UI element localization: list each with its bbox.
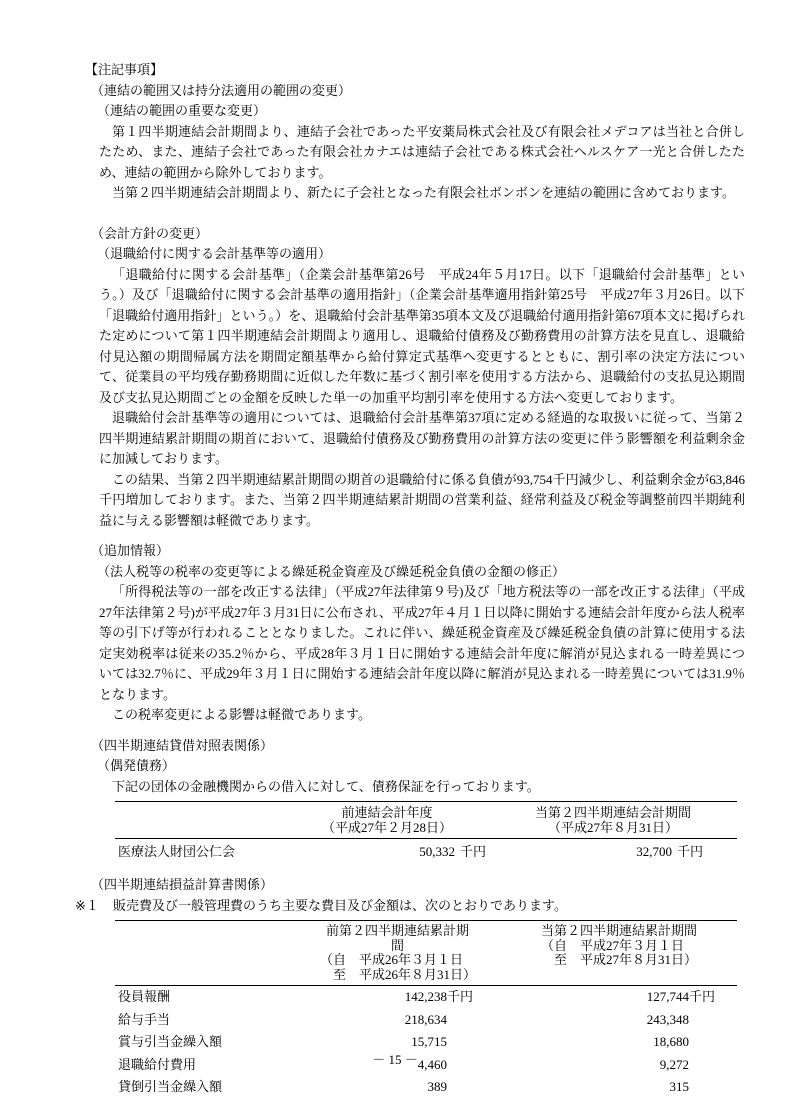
amount-value: 315 xyxy=(670,1079,690,1094)
column-header-line: （平成27年８月31日） xyxy=(521,820,705,835)
expense-amount-current: 315 xyxy=(520,1076,737,1099)
column-header-line: （平成27年２月28日） xyxy=(286,820,488,835)
table-row: 貸倒引当金繰入額 389 315 xyxy=(115,1076,737,1099)
column-header-date-range: （自 平成26年３月１日 至 平成26年８月31日） xyxy=(320,953,475,982)
note-reference-mark: ※１ xyxy=(75,896,113,917)
table-row: 給与手当 218,634 243,348 xyxy=(115,1009,737,1032)
policy-change-paragraph-2: 退職給付会計基準等の適用については、退職給付会計基準第37項に定める経過的な取扱… xyxy=(99,408,745,470)
scope-change-subheading: （連結の範囲の重要な変更） xyxy=(97,101,745,122)
amount-value: 142,238 xyxy=(405,989,447,1004)
page-number: － 15 － xyxy=(0,1050,790,1071)
policy-change-heading: （会計方針の変更） xyxy=(91,224,745,245)
contingent-liabilities-table: 前連結会計年度 （平成27年２月28日） 当第２四半期連結会計期間 （平成27年… xyxy=(115,801,737,865)
income-statement-heading: （四半期連結損益計算書関係） xyxy=(91,875,745,896)
amount-value: 389 xyxy=(428,1079,448,1094)
column-header-line: 当第２四半期連結累計期間 xyxy=(521,924,717,939)
expense-amount-previous: 218,634 xyxy=(319,1009,520,1032)
table-header-row: 前連結会計年度 （平成27年２月28日） 当第２四半期連結会計期間 （平成27年… xyxy=(115,802,737,839)
additional-info-subheading: （法人税等の税率の変更等による繰延税金資産及び繰延税金負債の金額の修正） xyxy=(97,562,745,583)
table-corner-cell xyxy=(115,802,285,839)
column-header-line: 前連結会計年度 xyxy=(286,805,488,820)
amount-value: 243,348 xyxy=(647,1012,689,1027)
sga-note-text: 販売費及び一般管理費のうち主要な費目及び金額は、次のとおりであります。 xyxy=(113,896,745,917)
amount-value: 127,744 xyxy=(647,989,689,1004)
section-scope-change: （連結の範囲又は持分法適用の範囲の変更） （連結の範囲の重要な変更） 第１四半期… xyxy=(85,81,745,204)
additional-info-heading: （追加情報） xyxy=(91,541,745,562)
column-header-line: （自 平成27年３月１日 xyxy=(541,939,697,954)
column-header-line: 至 平成26年８月31日） xyxy=(320,968,475,983)
additional-info-paragraph-1: 「所得税法等の一部を改正する法律」（平成27年法律第９号)及び「地方税法等の一部… xyxy=(99,582,745,705)
expense-item-label: 役員報酬 xyxy=(115,986,319,1009)
sga-note-line: ※１ 販売費及び一般管理費のうち主要な費目及び金額は、次のとおりであります。 xyxy=(75,896,745,917)
section-accounting-policy-change: （会計方針の変更） （退職給付に関する会計基準等の適用） 「退職給付に関する会計… xyxy=(85,224,745,532)
column-header-line: 前第２四半期連結累計期間 xyxy=(320,924,475,953)
guarantee-amount-previous: 50,332千円 xyxy=(285,839,520,866)
expense-amount-previous: 389 xyxy=(319,1076,520,1099)
amount-unit: 千円 xyxy=(455,842,488,863)
expense-amount-previous: 142,238千円 xyxy=(319,986,520,1009)
column-header-previous-fiscal-year: 前連結会計年度 （平成27年２月28日） xyxy=(285,802,520,839)
column-header-line: 至 平成27年８月31日） xyxy=(541,953,697,968)
expense-amount-current: 127,744千円 xyxy=(520,986,737,1009)
policy-change-subheading: （退職給付に関する会計基準等の適用） xyxy=(97,244,745,265)
amount-value: 18,680 xyxy=(653,1034,689,1049)
amount-unit: 千円 xyxy=(689,987,717,1008)
contingent-liabilities-lead: 下記の団体の金融機関からの借入に対して、債務保証を行っております。 xyxy=(99,777,745,798)
notes-title: 【注記事項】 xyxy=(85,60,745,81)
column-header-line: 当第２四半期連結会計期間 xyxy=(521,805,705,820)
table-row: 役員報酬 142,238千円 127,744千円 xyxy=(115,986,737,1009)
table-row: 医療法人財団公仁会 50,332千円 32,700千円 xyxy=(115,839,737,866)
section-additional-info: （追加情報） （法人税等の税率の変更等による繰延税金資産及び繰延税金負債の金額の… xyxy=(85,541,745,726)
policy-change-paragraph-3: この結果、当第２四半期連結累計期間の期首の退職給付に係る負債が93,754千円減… xyxy=(99,470,745,532)
amount-value: 15,715 xyxy=(411,1034,447,1049)
table-header-row: 前第２四半期連結累計期間 （自 平成26年３月１日 至 平成26年８月31日） … xyxy=(115,921,737,986)
column-header-line: （自 平成26年３月１日 xyxy=(320,953,475,968)
sga-expenses-table: 前第２四半期連結累計期間 （自 平成26年３月１日 至 平成26年８月31日） … xyxy=(115,920,737,1099)
policy-change-paragraph-1: 「退職給付に関する会計基準」（企業会計基準第26号 平成24年５月17日。以下「… xyxy=(99,265,745,409)
amount-unit: 千円 xyxy=(447,987,475,1008)
guarantee-amount-current: 32,700千円 xyxy=(520,839,737,866)
contingent-liabilities-subheading: （偶発債務） xyxy=(97,756,745,777)
document-page: 【注記事項】 （連結の範囲又は持分法適用の範囲の変更） （連結の範囲の重要な変更… xyxy=(0,0,790,1118)
column-header-current-quarter: 当第２四半期連結会計期間 （平成27年８月31日） xyxy=(520,802,737,839)
expense-item-label: 貸倒引当金繰入額 xyxy=(115,1076,319,1099)
section-balance-sheet-notes: （四半期連結貸借対照表関係） （偶発債務） 下記の団体の金融機関からの借入に対し… xyxy=(85,736,745,866)
amount-value: 218,634 xyxy=(405,1012,447,1027)
table-corner-cell xyxy=(115,921,319,986)
guarantee-entity-label: 医療法人財団公仁会 xyxy=(115,839,285,866)
column-header-date-range: （自 平成27年３月１日 至 平成27年８月31日） xyxy=(541,939,697,968)
amount-value: 50,332 xyxy=(419,844,455,859)
amount-value: 32,700 xyxy=(636,844,672,859)
balance-sheet-heading: （四半期連結貸借対照表関係） xyxy=(91,736,745,757)
expense-amount-current: 243,348 xyxy=(520,1009,737,1032)
column-header-current-period: 当第２四半期連結累計期間 （自 平成27年３月１日 至 平成27年８月31日） xyxy=(520,921,737,986)
expense-item-label: 給与手当 xyxy=(115,1009,319,1032)
scope-change-paragraph-2: 当第２四半期連結会計期間より、新たに子会社となった有限会社ボンボンを連結の範囲に… xyxy=(99,183,745,204)
scope-change-heading: （連結の範囲又は持分法適用の範囲の変更） xyxy=(91,81,745,102)
amount-unit: 千円 xyxy=(672,842,705,863)
scope-change-paragraph-1: 第１四半期連結会計期間より、連結子会社であった平安薬局株式会社及び有限会社メデコ… xyxy=(99,122,745,184)
additional-info-paragraph-2: この税率変更による影響は軽微であります。 xyxy=(99,705,745,726)
column-header-previous-period: 前第２四半期連結累計期間 （自 平成26年３月１日 至 平成26年８月31日） xyxy=(319,921,520,986)
